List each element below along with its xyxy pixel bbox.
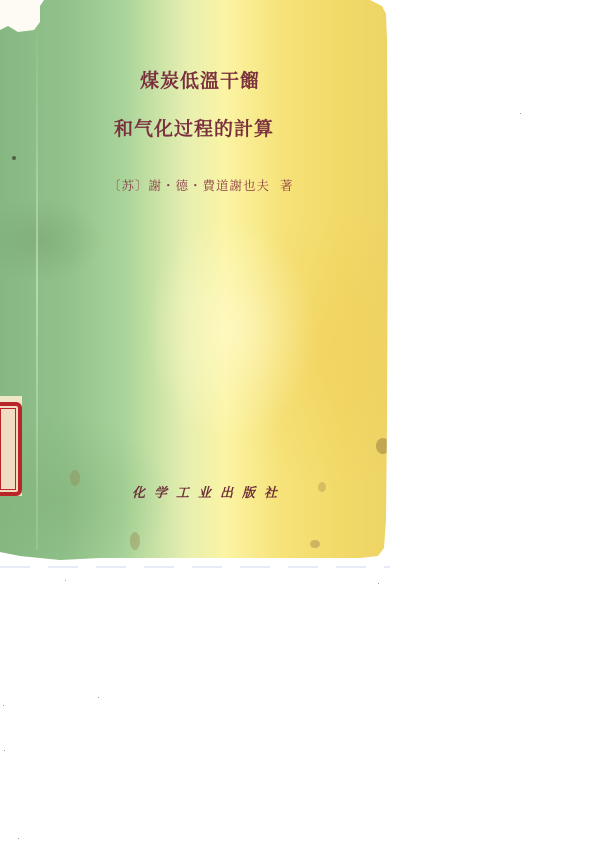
stain-spot xyxy=(318,482,326,492)
publisher-name: 化学工业出版社 xyxy=(132,482,286,501)
scan-speck xyxy=(65,580,66,581)
author-line: 〔苏〕謝・德・費道謝也夫 著 xyxy=(108,176,293,194)
scan-speck xyxy=(378,583,379,584)
scan-artifact-line xyxy=(0,566,390,568)
stain-spot xyxy=(70,470,80,486)
stain-spot xyxy=(310,540,320,548)
scan-speck xyxy=(520,113,521,114)
book-title-line-2: 和气化过程的計算 xyxy=(0,114,388,141)
library-label-icon xyxy=(0,402,22,496)
book-cover: 煤炭低溫干餾 和气化过程的計算 〔苏〕謝・德・費道謝也夫 著 化学工业出版社 xyxy=(0,0,388,560)
stain-spot xyxy=(130,532,140,550)
stain-spot xyxy=(12,156,16,160)
book-title-line-1: 煤炭低溫干餾 xyxy=(0,66,394,93)
stain-spot xyxy=(376,438,390,454)
scan-speck xyxy=(18,838,19,839)
scan-speck xyxy=(3,705,4,706)
scan-speck xyxy=(4,750,5,751)
scan-speck xyxy=(98,697,99,698)
